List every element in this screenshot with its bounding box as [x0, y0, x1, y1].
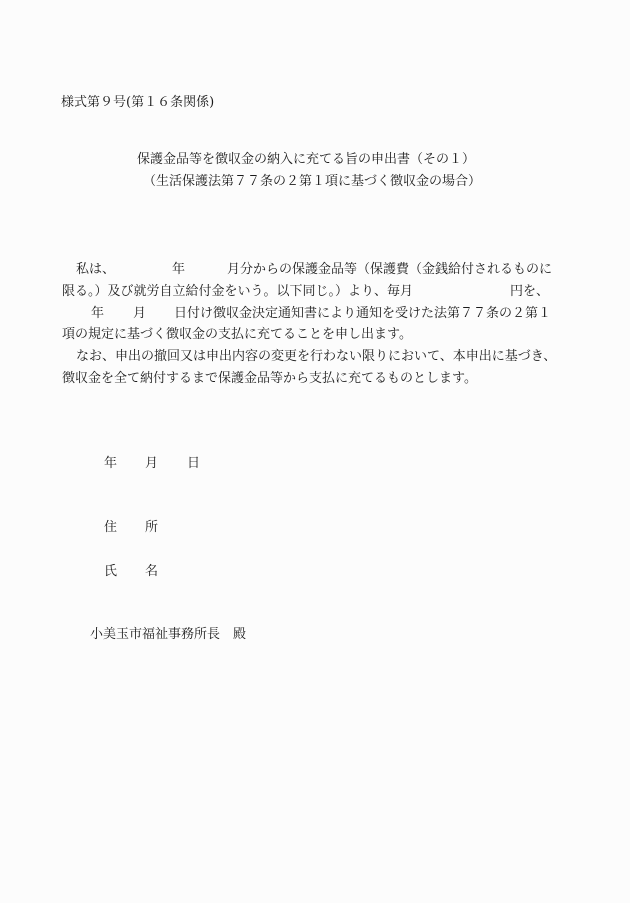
body-text: 月分からの保護金品等（保護費（金銭給付されるものに: [227, 262, 552, 278]
body-text: 私は、: [76, 262, 115, 278]
blank-year-label: 年: [91, 306, 104, 322]
blank-amount-label: 円を、: [510, 284, 549, 300]
body-line-5: なお、申出の撤回又は申出内容の変更を行わない限りにおいて、本申出に基づき、: [76, 349, 556, 365]
document-title: 保護金品等を徴収金の納入に充てる旨の申出書（その１）: [137, 152, 475, 168]
blank-month-label: 月: [133, 306, 146, 322]
name-label-char: 名: [145, 564, 158, 580]
date-month-label: 月: [145, 456, 158, 472]
blank-year-label: 年: [172, 262, 185, 278]
date-day-label: 日: [187, 456, 200, 472]
address-label-char: 住: [104, 520, 117, 536]
addressee: 小美玉市福祉事務所長 殿: [90, 627, 246, 643]
body-text: 日付け徴収金決定通知書により通知を受けた法第７７条の２第１: [174, 306, 551, 322]
date-year-label: 年: [104, 456, 117, 472]
body-text: 限る。）及び就労自立給付金をいう。以下同じ。）より、毎月: [62, 284, 413, 300]
document-subtitle: （生活保護法第７７条の２第１項に基づく徴収金の場合）: [143, 174, 481, 190]
form-number: 様式第９号(第１６条関係): [61, 95, 214, 111]
name-label-char: 氏: [104, 564, 117, 580]
body-line-4: 項の規定に基づく徴収金の支払に充てることを申し出ます。: [62, 327, 412, 343]
body-line-6: 徴収金を全て納付するまで保護金品等から支払に充てるものとします。: [62, 371, 477, 387]
address-label-char: 所: [145, 520, 158, 536]
